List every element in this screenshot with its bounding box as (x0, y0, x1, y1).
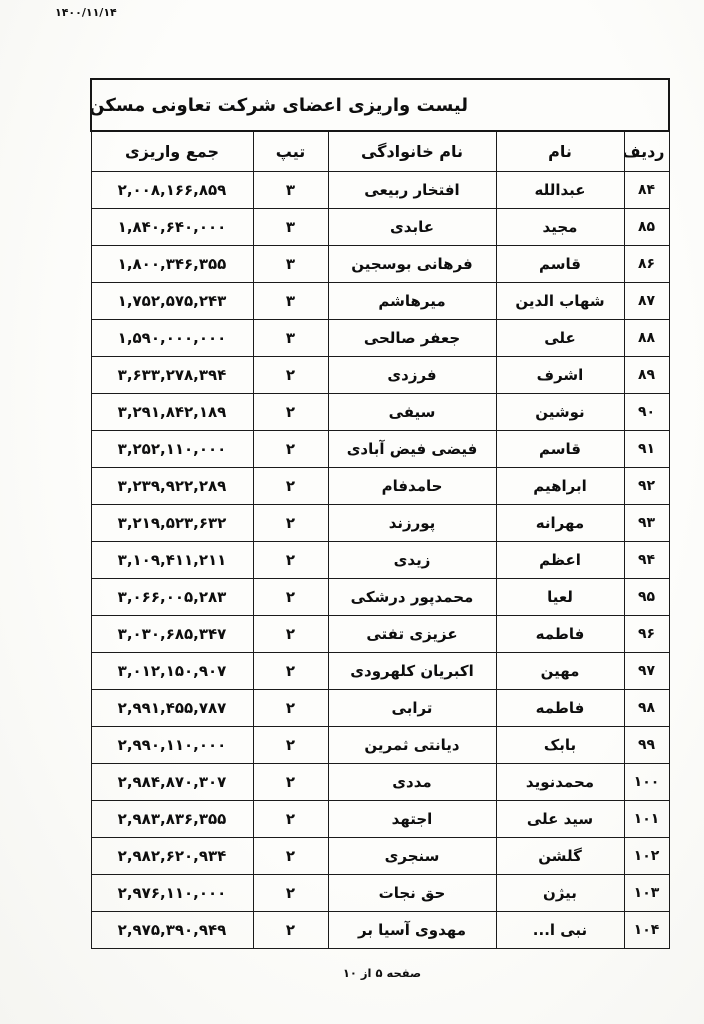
cell-total-deposit: ۲,۹۸۲,۶۲۰,۹۳۴ (91, 838, 253, 875)
cell-first-name: بیژن (496, 875, 624, 912)
cell-type: ۲ (253, 616, 328, 653)
cell-type: ۲ (253, 394, 328, 431)
cell-type: ۲ (253, 838, 328, 875)
cell-last-name: اجتهد (328, 801, 496, 838)
table-row: ۹۰ نوشین سیفی ۲ ۳,۲۹۱,۸۴۲,۱۸۹ (91, 394, 669, 431)
cell-total-deposit: ۱,۸۰۰,۳۴۶,۳۵۵ (91, 246, 253, 283)
table-row: ۱۰۱ سید علی اجتهد ۲ ۲,۹۸۳,۸۳۶,۳۵۵ (91, 801, 669, 838)
cell-first-name: علی (496, 320, 624, 357)
cell-row-number: ۱۰۱ (624, 801, 669, 838)
cell-row-number: ۸۷ (624, 283, 669, 320)
cell-last-name: عزیزی تفتی (328, 616, 496, 653)
column-header-radif: ردیف (624, 131, 669, 172)
cell-type: ۲ (253, 912, 328, 949)
table-row: ۹۲ ابراهیم حامدفام ۲ ۳,۲۳۹,۹۲۲,۲۸۹ (91, 468, 669, 505)
page-number-footer: صفحه ۵ از ۱۰ (60, 966, 704, 980)
table-header-row: ردیف نام نام خانوادگی تیپ جمع واریزی (91, 131, 669, 172)
cell-last-name: فیضی فیض آبادی (328, 431, 496, 468)
table-title-row: لیست واریزی اعضای شرکت تعاونی مسکن فرهنگ… (91, 79, 669, 131)
cell-last-name: حامدفام (328, 468, 496, 505)
cell-total-deposit: ۳,۲۵۲,۱۱۰,۰۰۰ (91, 431, 253, 468)
column-header-name: نام (496, 131, 624, 172)
table-row: ۸۶ قاسم فرهانی بوسجین ۳ ۱,۸۰۰,۳۴۶,۳۵۵ (91, 246, 669, 283)
scan-date: ۱۴۰۰/۱۱/۱۴ (55, 6, 117, 19)
cell-first-name: شهاب الدین (496, 283, 624, 320)
cell-first-name: عبدالله (496, 172, 624, 209)
cell-type: ۳ (253, 320, 328, 357)
cell-total-deposit: ۱,۵۹۰,۰۰۰,۰۰۰ (91, 320, 253, 357)
cell-last-name: حق نجات (328, 875, 496, 912)
cell-total-deposit: ۳,۱۰۹,۴۱۱,۲۱۱ (91, 542, 253, 579)
cell-type: ۲ (253, 579, 328, 616)
cell-type: ۲ (253, 653, 328, 690)
cell-total-deposit: ۱,۸۴۰,۶۴۰,۰۰۰ (91, 209, 253, 246)
cell-first-name: بابک (496, 727, 624, 764)
cell-row-number: ۱۰۳ (624, 875, 669, 912)
cell-type: ۲ (253, 505, 328, 542)
cell-type: ۳ (253, 246, 328, 283)
cell-row-number: ۱۰۲ (624, 838, 669, 875)
cell-row-number: ۸۹ (624, 357, 669, 394)
cell-first-name: مهین (496, 653, 624, 690)
cell-total-deposit: ۳,۲۳۹,۹۲۲,۲۸۹ (91, 468, 253, 505)
column-header-total: جمع واریزی (91, 131, 253, 172)
cell-total-deposit: ۳,۰۱۲,۱۵۰,۹۰۷ (91, 653, 253, 690)
cell-last-name: پورزند (328, 505, 496, 542)
cell-total-deposit: ۲,۹۸۴,۸۷۰,۳۰۷ (91, 764, 253, 801)
cell-first-name: قاسم (496, 431, 624, 468)
cell-last-name: مهدوی آسیا بر (328, 912, 496, 949)
table-row: ۹۹ بابک دیانتی ثمرین ۲ ۲,۹۹۰,۱۱۰,۰۰۰ (91, 727, 669, 764)
cell-last-name: عابدی (328, 209, 496, 246)
table-row: ۹۶ فاطمه عزیزی تفتی ۲ ۳,۰۳۰,۶۸۵,۳۴۷ (91, 616, 669, 653)
table-row: ۸۸ علی جعفر صالحی ۳ ۱,۵۹۰,۰۰۰,۰۰۰ (91, 320, 669, 357)
cell-row-number: ۹۸ (624, 690, 669, 727)
cell-row-number: ۹۳ (624, 505, 669, 542)
table-row: ۱۰۳ بیژن حق نجات ۲ ۲,۹۷۶,۱۱۰,۰۰۰ (91, 875, 669, 912)
cell-last-name: فرهانی بوسجین (328, 246, 496, 283)
cell-first-name: اعظم (496, 542, 624, 579)
cell-first-name: مجید (496, 209, 624, 246)
cell-last-name: افتخار ربیعی (328, 172, 496, 209)
cell-first-name: لعیا (496, 579, 624, 616)
cell-first-name: اشرف (496, 357, 624, 394)
cell-first-name: نبی ا... (496, 912, 624, 949)
cell-row-number: ۸۵ (624, 209, 669, 246)
cell-total-deposit: ۲,۹۷۶,۱۱۰,۰۰۰ (91, 875, 253, 912)
cell-row-number: ۹۹ (624, 727, 669, 764)
cell-row-number: ۹۴ (624, 542, 669, 579)
table-row: ۹۱ قاسم فیضی فیض آبادی ۲ ۳,۲۵۲,۱۱۰,۰۰۰ (91, 431, 669, 468)
cell-first-name: فاطمه (496, 690, 624, 727)
cell-type: ۲ (253, 357, 328, 394)
cell-row-number: ۸۶ (624, 246, 669, 283)
cell-row-number: ۸۴ (624, 172, 669, 209)
table-row: ۹۵ لعیا محمدپور درشکی ۲ ۳,۰۶۶,۰۰۵,۲۸۳ (91, 579, 669, 616)
cell-type: ۲ (253, 727, 328, 764)
table-row: ۸۵ مجید عابدی ۳ ۱,۸۴۰,۶۴۰,۰۰۰ (91, 209, 669, 246)
table-row: ۸۴ عبدالله افتخار ربیعی ۳ ۲,۰۰۸,۱۶۶,۸۵۹ (91, 172, 669, 209)
table-row: ۱۰۲ گلشن سنجری ۲ ۲,۹۸۲,۶۲۰,۹۳۴ (91, 838, 669, 875)
cell-first-name: ابراهیم (496, 468, 624, 505)
cell-row-number: ۸۸ (624, 320, 669, 357)
table-row: ۹۷ مهین اکبریان کلهرودی ۲ ۳,۰۱۲,۱۵۰,۹۰۷ (91, 653, 669, 690)
cell-type: ۳ (253, 283, 328, 320)
cell-total-deposit: ۲,۹۹۰,۱۱۰,۰۰۰ (91, 727, 253, 764)
cell-total-deposit: ۲,۹۷۵,۳۹۰,۹۴۹ (91, 912, 253, 949)
cell-type: ۲ (253, 801, 328, 838)
cell-last-name: ترابی (328, 690, 496, 727)
cell-last-name: مددی (328, 764, 496, 801)
table-row: ۸۷ شهاب الدین میرهاشم ۳ ۱,۷۵۲,۵۷۵,۲۴۳ (91, 283, 669, 320)
cell-total-deposit: ۲,۰۰۸,۱۶۶,۸۵۹ (91, 172, 253, 209)
cell-last-name: فرزدی (328, 357, 496, 394)
cell-first-name: مهرانه (496, 505, 624, 542)
cell-total-deposit: ۲,۹۸۳,۸۳۶,۳۵۵ (91, 801, 253, 838)
cell-first-name: محمدنوید (496, 764, 624, 801)
cell-row-number: ۹۲ (624, 468, 669, 505)
cell-type: ۲ (253, 431, 328, 468)
table-row: ۱۰۴ نبی ا... مهدوی آسیا بر ۲ ۲,۹۷۵,۳۹۰,۹… (91, 912, 669, 949)
table-row: ۸۹ اشرف فرزدی ۲ ۳,۶۳۳,۲۷۸,۳۹۴ (91, 357, 669, 394)
cell-type: ۲ (253, 542, 328, 579)
cell-first-name: نوشین (496, 394, 624, 431)
cell-last-name: اکبریان کلهرودی (328, 653, 496, 690)
cell-first-name: سید علی (496, 801, 624, 838)
cell-last-name: سنجری (328, 838, 496, 875)
cell-row-number: ۱۰۰ (624, 764, 669, 801)
table-title: لیست واریزی اعضای شرکت تعاونی مسکن فرهنگ… (91, 79, 669, 131)
table-row: ۹۴ اعظم زیدی ۲ ۳,۱۰۹,۴۱۱,۲۱۱ (91, 542, 669, 579)
cell-type: ۳ (253, 172, 328, 209)
table-row: ۹۸ فاطمه ترابی ۲ ۲,۹۹۱,۴۵۵,۷۸۷ (91, 690, 669, 727)
cell-total-deposit: ۳,۰۶۶,۰۰۵,۲۸۳ (91, 579, 253, 616)
cell-total-deposit: ۱,۷۵۲,۵۷۵,۲۴۳ (91, 283, 253, 320)
scanned-document-page: ۱۴۰۰/۱۱/۱۴ لیست واریزی اعضای شرکت تعاونی… (0, 0, 704, 1024)
cell-first-name: گلشن (496, 838, 624, 875)
column-header-family: نام خانوادگی (328, 131, 496, 172)
cell-last-name: دیانتی ثمرین (328, 727, 496, 764)
cell-row-number: ۹۷ (624, 653, 669, 690)
cell-type: ۲ (253, 468, 328, 505)
column-header-tip: تیپ (253, 131, 328, 172)
cell-row-number: ۹۰ (624, 394, 669, 431)
table-body: ۸۴ عبدالله افتخار ربیعی ۳ ۲,۰۰۸,۱۶۶,۸۵۹ … (91, 172, 669, 949)
cell-last-name: زیدی (328, 542, 496, 579)
cell-total-deposit: ۲,۹۹۱,۴۵۵,۷۸۷ (91, 690, 253, 727)
cell-type: ۳ (253, 209, 328, 246)
cell-total-deposit: ۳,۰۳۰,۶۸۵,۳۴۷ (91, 616, 253, 653)
table-row: ۹۳ مهرانه پورزند ۲ ۳,۲۱۹,۵۲۳,۶۳۲ (91, 505, 669, 542)
cell-total-deposit: ۳,۲۹۱,۸۴۲,۱۸۹ (91, 394, 253, 431)
table-row: ۱۰۰ محمدنوید مددی ۲ ۲,۹۸۴,۸۷۰,۳۰۷ (91, 764, 669, 801)
cell-first-name: قاسم (496, 246, 624, 283)
cell-type: ۲ (253, 764, 328, 801)
cell-first-name: فاطمه (496, 616, 624, 653)
cell-total-deposit: ۳,۲۱۹,۵۲۳,۶۳۲ (91, 505, 253, 542)
deposit-list-table: لیست واریزی اعضای شرکت تعاونی مسکن فرهنگ… (90, 78, 670, 949)
cell-last-name: میرهاشم (328, 283, 496, 320)
cell-row-number: ۱۰۴ (624, 912, 669, 949)
cell-last-name: محمدپور درشکی (328, 579, 496, 616)
cell-row-number: ۹۵ (624, 579, 669, 616)
cell-last-name: سیفی (328, 394, 496, 431)
cell-last-name: جعفر صالحی (328, 320, 496, 357)
cell-type: ۲ (253, 690, 328, 727)
cell-row-number: ۹۱ (624, 431, 669, 468)
cell-row-number: ۹۶ (624, 616, 669, 653)
cell-total-deposit: ۳,۶۳۳,۲۷۸,۳۹۴ (91, 357, 253, 394)
cell-type: ۲ (253, 875, 328, 912)
